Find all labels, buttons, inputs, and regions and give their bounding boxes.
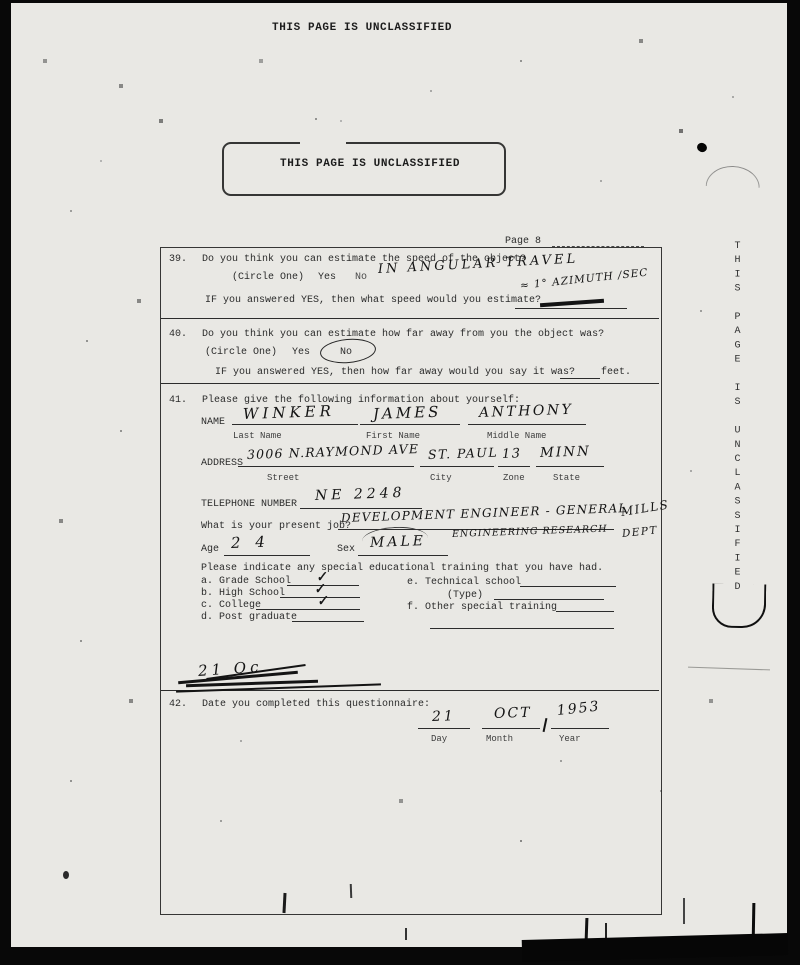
education-other-training: f. Other special training (407, 602, 557, 614)
name-last-line (232, 424, 358, 425)
q40-option-yes: Yes (292, 347, 310, 359)
q40-circle-one: (Circle One) (205, 347, 277, 359)
scan-noise (0, 0, 2, 2)
city-caption: City (430, 472, 452, 484)
scan-streak (350, 884, 352, 898)
address-city-line (420, 466, 494, 467)
address-street-line (238, 466, 414, 467)
address-zone-value: 13 (502, 446, 522, 462)
job-field-label: What is your present job? (201, 521, 351, 533)
college-checkmark: ✓ (316, 593, 329, 609)
education-type-caption: (Type) (447, 590, 483, 602)
education-intro: Please indicate any special educational … (201, 563, 603, 575)
age-field-label: Age (201, 544, 219, 556)
college-line (256, 609, 360, 610)
q40-answer-line (560, 378, 600, 379)
technical-school-line (520, 586, 616, 587)
middle-name-caption: Middle Name (487, 430, 546, 442)
date-day-value: 21 (432, 708, 456, 725)
section-divider (161, 690, 659, 691)
address-zone-line (498, 466, 530, 467)
q42-number: 42. (169, 699, 187, 711)
address-state-value: MINN (540, 443, 591, 461)
q39-circle-one: (Circle One) (232, 272, 304, 284)
education-college: c. College (201, 600, 261, 612)
q39-if-line: IF you answered YES, then what speed wou… (205, 295, 541, 307)
zone-caption: Zone (503, 472, 525, 484)
scan-blot (63, 871, 69, 879)
other-training-continuation-line (430, 628, 614, 629)
day-caption: Day (431, 733, 447, 745)
date-year-line (551, 728, 609, 729)
street-caption: Street (267, 472, 299, 484)
education-high-school: b. High School (201, 588, 285, 600)
scan-streak (683, 898, 685, 924)
q40-question: Do you think you can estimate how far aw… (202, 329, 604, 341)
date-day-line (418, 728, 470, 729)
type-line (494, 599, 604, 600)
month-caption: Month (486, 733, 513, 745)
q39-option-yes: Yes (318, 272, 336, 284)
scanned-questionnaire-page: THIS PAGE IS UNCLASSIFIED THIS PAGE IS U… (0, 0, 800, 965)
section-divider (161, 383, 659, 384)
q39-answer-line (515, 308, 627, 309)
name-first-value: JAMES (373, 403, 442, 423)
date-month-value: OCT (494, 705, 532, 722)
name-middle-line (468, 424, 586, 425)
q39-number: 39. (169, 254, 187, 266)
state-caption: State (553, 472, 580, 484)
education-technical-school: e. Technical school (407, 577, 521, 589)
q42-question: Date you completed this questionnaire: (202, 699, 430, 711)
address-field-label: ADDRESS (201, 458, 243, 470)
address-state-line (536, 466, 604, 467)
section-divider (161, 318, 659, 319)
name-first-line (360, 424, 460, 425)
name-last-value: WINKER (243, 402, 335, 423)
last-name-caption: Last Name (233, 430, 282, 442)
q40-feet-suffix: feet. (601, 367, 631, 379)
stamp-box-gap (300, 140, 346, 145)
age-line (224, 555, 310, 556)
q41-number: 41. (169, 395, 187, 407)
sex-line (358, 555, 448, 556)
sex-field-label: Sex (337, 544, 355, 556)
classification-stamp-text: THIS PAGE IS UNCLASSIFIED (280, 158, 460, 170)
year-caption: Year (559, 733, 581, 745)
q40-if-line: IF you answered YES, then how far away w… (215, 367, 575, 379)
name-field-label: NAME (201, 417, 225, 429)
q39-option-no: No (355, 272, 367, 284)
side-tab-bottom-curve (712, 584, 767, 629)
education-grade-school: a. Grade School (201, 576, 291, 588)
side-tab-classification-text: THIS PAGE IS UNCLASSIFIED (731, 241, 743, 596)
q40-number: 40. (169, 329, 187, 341)
age-value: 2 4 (231, 533, 270, 552)
scan-streak (405, 928, 407, 940)
education-post-graduate: d. Post graduate (201, 612, 297, 624)
name-middle-value: ANTHONY (479, 402, 574, 421)
stamp-box-gap (420, 189, 476, 194)
post-graduate-line (292, 621, 364, 622)
first-name-caption: First Name (366, 430, 420, 442)
date-month-line (482, 728, 540, 729)
phone-field-label: TELEPHONE NUMBER (201, 499, 297, 511)
other-training-line (556, 611, 614, 612)
classification-header-top: THIS PAGE IS UNCLASSIFIED (272, 22, 452, 34)
phone-value: NE 2248 (315, 485, 406, 504)
address-city-value: ST. PAUL (428, 445, 499, 462)
